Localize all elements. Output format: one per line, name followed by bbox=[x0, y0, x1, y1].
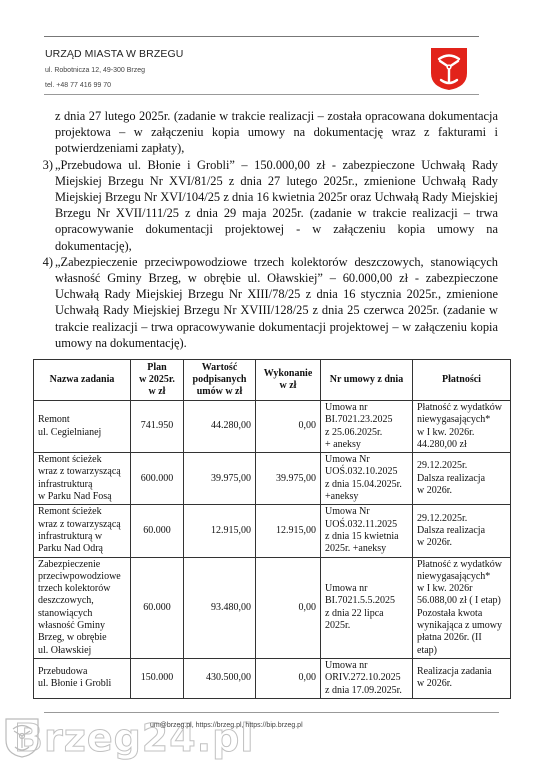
cell-text-line: Parku Nad Odrą bbox=[38, 543, 126, 555]
cell-text-line: Realizacja zadania bbox=[417, 666, 506, 678]
cell-text-line: 44.280,00 bbox=[188, 420, 251, 432]
cell-text-line: z dnia 15 kwietnia bbox=[325, 531, 408, 543]
header-payments: Płatności bbox=[413, 360, 511, 401]
cell-text-line: trzech kolektorów bbox=[38, 583, 126, 595]
cell-contract-number: Umowa nrBI.7021.5.5.2025z dnia 22 lipca2… bbox=[321, 557, 413, 658]
cell-text-line: 29.12.2025r. bbox=[417, 513, 506, 525]
cell-text-line: płatna 2026r. (II bbox=[417, 632, 506, 644]
cell-text-line: etap) bbox=[417, 645, 506, 657]
header-execution: Wykonaniew zł bbox=[256, 360, 321, 401]
cell-text-line: 39.975,00 bbox=[260, 473, 316, 485]
cell-text-line: Umowa nr bbox=[325, 583, 408, 595]
cell-text-line: stanowiących bbox=[38, 608, 126, 620]
cell-text-line: 741.950 bbox=[135, 420, 179, 432]
continuation-paragraph: z dnia 27 lutego 2025r. (zadanie w trakc… bbox=[45, 108, 498, 157]
cell-plan: 60.000 bbox=[131, 505, 184, 557]
cell-text-line: Nazwa zadania bbox=[38, 374, 126, 386]
cell-text-line: z dnia 15.04.2025r. bbox=[325, 479, 408, 491]
cell-text-line: 60.000 bbox=[135, 525, 179, 537]
cell-text-line: UOŚ.032.10.2025 bbox=[325, 466, 408, 478]
table-row: Przebudowaul. Błonie i Grobli150.000430.… bbox=[34, 658, 511, 698]
cell-text-line: Remont ścieżek bbox=[38, 454, 126, 466]
cell-text-line: w zł bbox=[135, 386, 179, 398]
cell-task-name: Remont ścieżekwraz z towarzyszącąinfrast… bbox=[34, 505, 131, 557]
cell-text-line: 0,00 bbox=[260, 420, 316, 432]
cell-contract-value: 39.975,00 bbox=[184, 453, 256, 505]
cell-text-line: Umowa nr bbox=[325, 402, 408, 414]
cell-text-line: Płatność z wydatków bbox=[417, 559, 506, 571]
list-item-text: „Przebudowa ul. Błonie i Grobli” – 150.0… bbox=[55, 158, 498, 253]
organization-name: URZĄD MIASTA W BRZEGU bbox=[45, 48, 183, 60]
cell-text-line: ul. Oławskiej bbox=[38, 645, 126, 657]
cell-text-line: Pozostała kwota bbox=[417, 608, 506, 620]
cell-payments: Płatność z wydatkówniewygasających*w I k… bbox=[413, 401, 511, 453]
cell-text-line: 29.12.2025r. bbox=[417, 460, 506, 472]
table-header-row: Nazwa zadania Planw 2025r.w zł Wartośćpo… bbox=[34, 360, 511, 401]
cell-text-line: w zł bbox=[260, 380, 316, 392]
cell-text-line: Dalsza realizacja bbox=[417, 525, 506, 537]
cell-text-line: Umowa Nr bbox=[325, 506, 408, 518]
cell-text-line: z dnia 17.09.2025r. bbox=[325, 685, 408, 697]
tasks-table: Nazwa zadania Planw 2025r.w zł Wartośćpo… bbox=[33, 359, 511, 699]
cell-text-line: 150.000 bbox=[135, 672, 179, 684]
list-number: 4) bbox=[23, 254, 53, 270]
cell-text-line: Dalsza realizacja bbox=[417, 473, 506, 485]
cell-text-line: Płatność z wydatków bbox=[417, 402, 506, 414]
organization-phone: tel. +48 77 416 99 70 bbox=[45, 82, 111, 89]
cell-text-line: wraz z towarzyszącą bbox=[38, 519, 126, 531]
list-item-4: 4) „Zabezpieczenie przeciwpowodziowe trz… bbox=[45, 254, 498, 351]
header-contract-number: Nr umowy z dnia bbox=[321, 360, 413, 401]
footer-contact: um@brzeg.pl, https://brzeg.pl, https://b… bbox=[150, 722, 303, 729]
cell-payments: Realizacja zadaniaw 2026r. bbox=[413, 658, 511, 698]
cell-contract-value: 12.915,00 bbox=[184, 505, 256, 557]
cell-text-line: deszczowych, bbox=[38, 595, 126, 607]
cell-text-line: Brzeg, w obrębie bbox=[38, 632, 126, 644]
cell-text-line: niewygasających* bbox=[417, 571, 506, 583]
cell-text-line: 2025r. +aneksy bbox=[325, 543, 408, 555]
cell-text-line: w 2026r. bbox=[417, 537, 506, 549]
cell-text-line: Wartość bbox=[188, 362, 251, 374]
cell-text-line: infrastrukturą w bbox=[38, 531, 126, 543]
cell-text-line: w I kw. 2026r bbox=[417, 583, 506, 595]
cell-text-line: 0,00 bbox=[260, 672, 316, 684]
cell-contract-number: Umowa NrUOŚ.032.11.2025z dnia 15 kwietni… bbox=[321, 505, 413, 557]
cell-text-line: 600.000 bbox=[135, 473, 179, 485]
list-number: 3) bbox=[23, 157, 53, 173]
table-row: Remont ścieżekwraz z towarzyszącąinfrast… bbox=[34, 453, 511, 505]
cell-text-line: infrastrukturą bbox=[38, 479, 126, 491]
cell-text-line: podpisanych bbox=[188, 374, 251, 386]
cell-payments: 29.12.2025r.Dalsza realizacjaw 2026r. bbox=[413, 453, 511, 505]
cell-task-name: Zabezpieczenieprzeciwpowodziowetrzech ko… bbox=[34, 557, 131, 658]
coat-of-arms-icon bbox=[430, 47, 468, 91]
cell-text-line: + aneksy bbox=[325, 439, 408, 451]
cell-contract-number: Umowa nrORIV.272.10.2025z dnia 17.09.202… bbox=[321, 658, 413, 698]
cell-execution: 0,00 bbox=[256, 557, 321, 658]
cell-text-line: niewygasających* bbox=[417, 414, 506, 426]
cell-text-line: w 2026r. bbox=[417, 678, 506, 690]
cell-text-line: ORIV.272.10.2025 bbox=[325, 672, 408, 684]
cell-text-line: ul. Błonie i Grobli bbox=[38, 678, 126, 690]
cell-text-line: UOŚ.032.11.2025 bbox=[325, 519, 408, 531]
cell-execution: 0,00 bbox=[256, 658, 321, 698]
header-top-rule bbox=[44, 36, 479, 37]
cell-text-line: w I kw. 2026r. bbox=[417, 427, 506, 439]
list-item-text: „Zabezpieczenie przeciwpowodziowe trzech… bbox=[55, 255, 498, 350]
footer-rule bbox=[44, 712, 499, 713]
cell-execution: 39.975,00 bbox=[256, 453, 321, 505]
cell-text-line: 44.280,00 zł bbox=[417, 439, 506, 451]
cell-contract-value: 44.280,00 bbox=[184, 401, 256, 453]
cell-text-line: wraz z towarzyszącą bbox=[38, 466, 126, 478]
cell-plan: 150.000 bbox=[131, 658, 184, 698]
table-row: Zabezpieczenieprzeciwpowodziowetrzech ko… bbox=[34, 557, 511, 658]
cell-task-name: Remontul. Cegielnianej bbox=[34, 401, 131, 453]
table-row: Remontul. Cegielnianej741.95044.280,000,… bbox=[34, 401, 511, 453]
cell-text-line: ul. Cegielnianej bbox=[38, 427, 126, 439]
cell-task-name: Przebudowaul. Błonie i Grobli bbox=[34, 658, 131, 698]
table-row: Remont ścieżekwraz z towarzyszącąinfrast… bbox=[34, 505, 511, 557]
cell-text-line: wynikająca z umowy bbox=[417, 620, 506, 632]
cell-text-line: Płatności bbox=[417, 374, 506, 386]
cell-text-line: BI.7021.5.5.2025 bbox=[325, 595, 408, 607]
cell-text-line: 93.480,00 bbox=[188, 602, 251, 614]
organization-address: ul. Robotnicza 12, 49-300 Brzeg bbox=[45, 67, 145, 74]
cell-execution: 12.915,00 bbox=[256, 505, 321, 557]
cell-contract-number: Umowa NrUOŚ.032.10.2025z dnia 15.04.2025… bbox=[321, 453, 413, 505]
cell-contract-value: 430.500,00 bbox=[184, 658, 256, 698]
cell-text-line: przeciwpowodziowe bbox=[38, 571, 126, 583]
cell-text-line: 60.000 bbox=[135, 602, 179, 614]
cell-text-line: BI.7021.23.2025 bbox=[325, 414, 408, 426]
cell-payments: 29.12.2025r.Dalsza realizacjaw 2026r. bbox=[413, 505, 511, 557]
cell-execution: 0,00 bbox=[256, 401, 321, 453]
cell-text-line: 39.975,00 bbox=[188, 473, 251, 485]
cell-text-line: Wykonanie bbox=[260, 368, 316, 380]
cell-text-line: 56.088,00 zł ( I etap) bbox=[417, 595, 506, 607]
cell-text-line: z 25.06.2025r. bbox=[325, 427, 408, 439]
cell-text-line: Remont bbox=[38, 414, 126, 426]
cell-text-line: +aneksy bbox=[325, 491, 408, 503]
cell-text-line: Plan bbox=[135, 362, 179, 374]
cell-text-line: 0,00 bbox=[260, 602, 316, 614]
cell-contract-value: 93.480,00 bbox=[184, 557, 256, 658]
cell-contract-number: Umowa nrBI.7021.23.2025z 25.06.2025r.+ a… bbox=[321, 401, 413, 453]
list-item-3: 3) „Przebudowa ul. Błonie i Grobli” – 15… bbox=[45, 157, 498, 254]
cell-text-line: własność Gminy bbox=[38, 620, 126, 632]
cell-text-line: Przebudowa bbox=[38, 666, 126, 678]
cell-text-line: w 2025r. bbox=[135, 374, 179, 386]
cell-plan: 600.000 bbox=[131, 453, 184, 505]
cell-text-line: umów w zł bbox=[188, 386, 251, 398]
cell-text-line: 2025r. bbox=[325, 620, 408, 632]
cell-text-line: w 2026r. bbox=[417, 485, 506, 497]
cell-text-line: Remont ścieżek bbox=[38, 506, 126, 518]
cell-text-line: Umowa Nr bbox=[325, 454, 408, 466]
cell-text-line: Umowa nr bbox=[325, 660, 408, 672]
header-plan: Planw 2025r.w zł bbox=[131, 360, 184, 401]
header-task-name: Nazwa zadania bbox=[34, 360, 131, 401]
header-bottom-rule bbox=[44, 94, 479, 95]
cell-text-line: z dnia 22 lipca bbox=[325, 608, 408, 620]
cell-text-line: w Parku Nad Fosą bbox=[38, 491, 126, 503]
cell-text-line: Zabezpieczenie bbox=[38, 559, 126, 571]
document-body: z dnia 27 lutego 2025r. (zadanie w trakc… bbox=[45, 108, 498, 351]
header-contract-value: Wartośćpodpisanychumów w zł bbox=[184, 360, 256, 401]
cell-payments: Płatność z wydatkówniewygasających*w I k… bbox=[413, 557, 511, 658]
cell-text-line: 430.500,00 bbox=[188, 672, 251, 684]
cell-text-line: 12.915,00 bbox=[188, 525, 251, 537]
cell-task-name: Remont ścieżekwraz z towarzyszącąinfrast… bbox=[34, 453, 131, 505]
cell-text-line: 12.915,00 bbox=[260, 525, 316, 537]
cell-text-line: Nr umowy z dnia bbox=[325, 374, 408, 386]
cell-plan: 741.950 bbox=[131, 401, 184, 453]
cell-plan: 60.000 bbox=[131, 557, 184, 658]
